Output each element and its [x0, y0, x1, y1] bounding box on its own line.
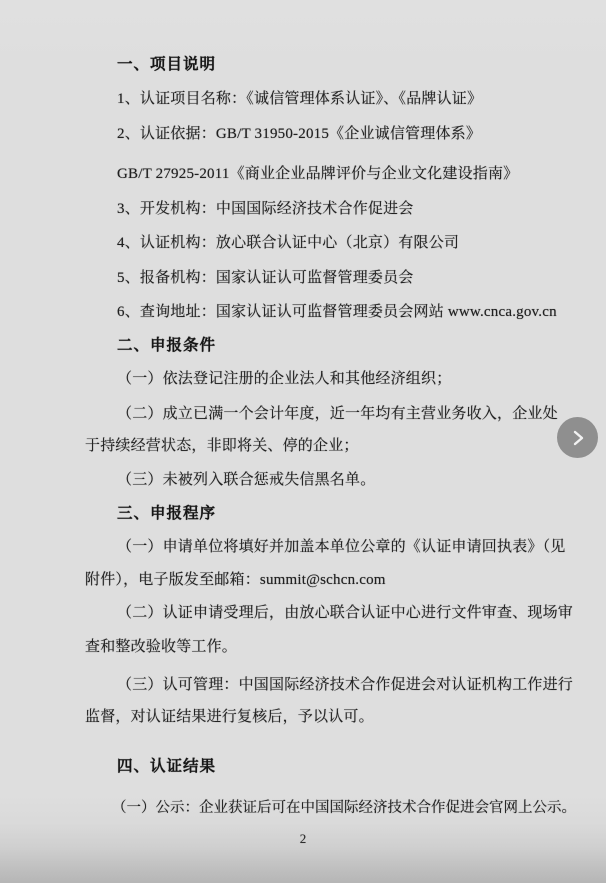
doc-line: 2、认证依据：GB/T 31950-2015《企业诚信管理体系》	[117, 122, 481, 143]
section-heading: 二、申报条件	[117, 333, 216, 355]
doc-line: 附件），电子版发至邮箱：summit@schcn.com	[85, 568, 386, 589]
doc-line: 查和整改验收等工作。	[85, 635, 237, 656]
doc-line: 于持续经营状态，非即将关、停的企业；	[85, 434, 359, 455]
doc-line: （一）公示：企业获证后可在中国国际经济技术合作促进会官网上公示。	[112, 796, 576, 817]
section-heading: 一、项目说明	[117, 52, 216, 74]
section-heading: 三、申报程序	[117, 501, 216, 523]
doc-line: 3、开发机构：中国国际经济技术合作促进会	[117, 197, 414, 218]
doc-line: 1、认证项目名称：《诚信管理体系认证》、《品牌认证》	[117, 87, 482, 108]
doc-line: 监督，对认证结果进行复核后，予以认可。	[85, 705, 374, 726]
doc-line: （一）申请单位将填好并加盖本单位公章的《认证申请回执表》（见	[117, 535, 566, 556]
scanned-document-page: 一、项目说明 1、认证项目名称：《诚信管理体系认证》、《品牌认证》 2、认证依据…	[0, 0, 606, 883]
chevron-right-icon	[569, 429, 587, 447]
doc-line: GB/T 27925-2011《商业企业品牌评价与企业文化建设指南》	[117, 162, 518, 183]
doc-line: （一）依法登记注册的企业法人和其他经济组织；	[117, 367, 451, 388]
section-heading: 四、认证结果	[117, 754, 216, 776]
doc-line: （三）认可管理：中国国际经济技术合作促进会对认证机构工作进行	[117, 673, 573, 694]
next-page-button[interactable]	[557, 417, 598, 458]
doc-line: （二）成立已满一个会计年度，近一年均有主营业务收入，企业处	[117, 402, 558, 423]
doc-line: 5、报备机构：国家认证认可监督管理委员会	[117, 266, 414, 287]
page-number: 2	[0, 831, 606, 847]
doc-line: （二）认证申请受理后，由放心联合认证中心进行文件审查、现场审	[117, 601, 573, 622]
doc-line: 6、查询地址：国家认证认可监督管理委员会网站 www.cnca.gov.cn	[117, 300, 557, 321]
doc-line: 4、认证机构：放心联合认证中心（北京）有限公司	[117, 231, 459, 252]
doc-line: （三）未被列入联合惩戒失信黑名单。	[117, 468, 375, 489]
